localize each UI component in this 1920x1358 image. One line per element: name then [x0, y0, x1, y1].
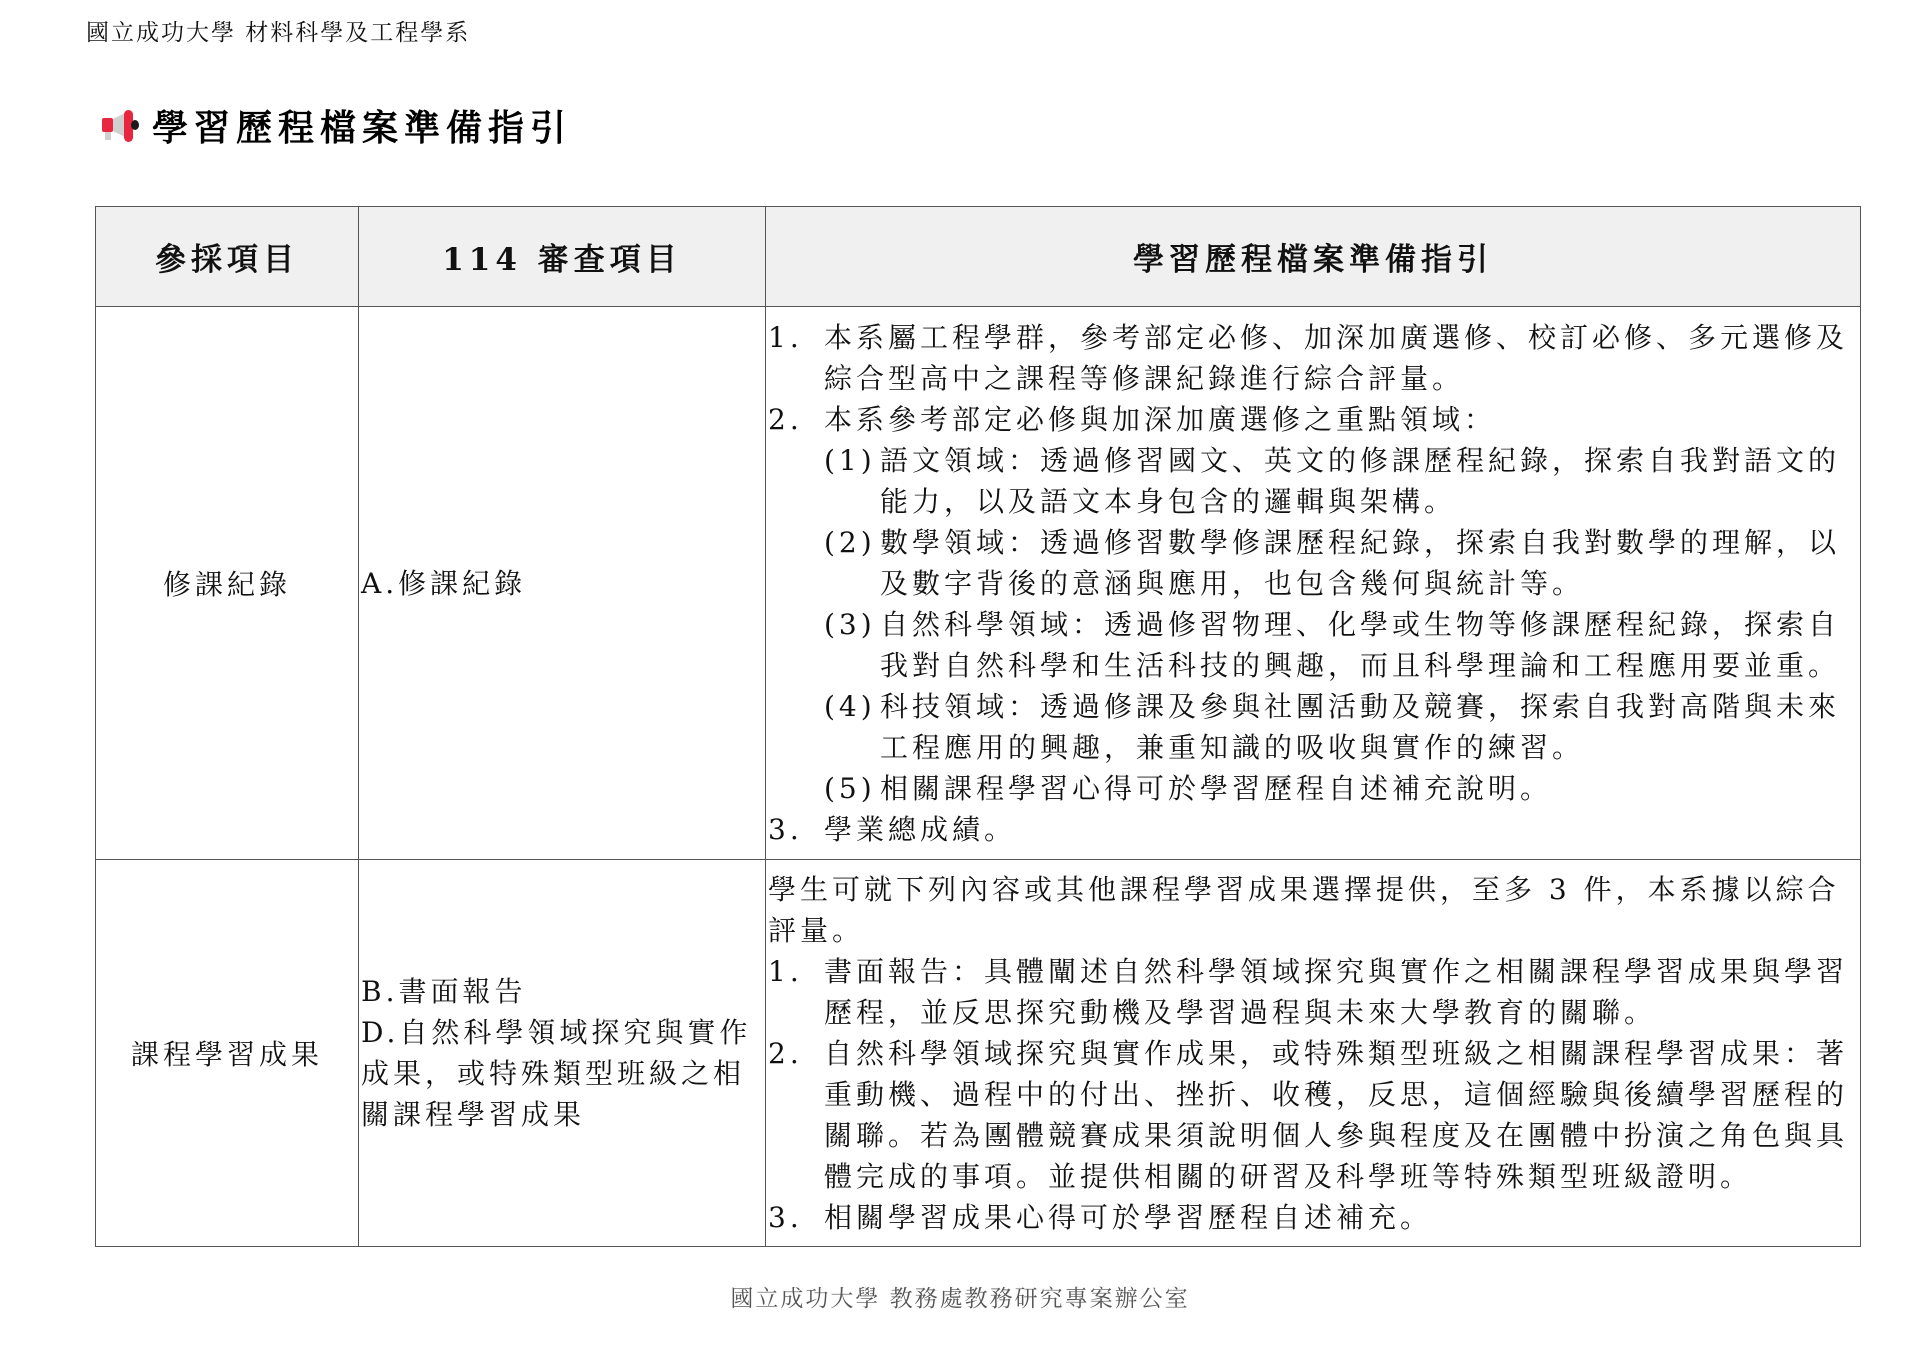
guide-item: 3. 相關學習成果心得可於學習歷程自述補充。	[768, 1197, 1858, 1238]
review-items-cell: B.書面報告 D.自然科學領域探究與實作成果，或特殊類型班級之相關課程學習成果	[359, 860, 766, 1247]
guide-cell: 1. 本系屬工程學群，參考部定必修、加深加廣選修、校訂必修、多元選修及綜合型高中…	[766, 307, 1861, 860]
item-number: 3.	[768, 809, 824, 850]
subitem-text: 相關課程學習心得可於學習歷程自述補充說明。	[880, 768, 1552, 809]
column-header-category: 參採項目	[96, 207, 359, 307]
item-number: 2.	[768, 399, 824, 440]
item-text: 書面報告：具體闡述自然科學領域探究與實作之相關課程學習成果與學習歷程，並反思探究…	[824, 951, 1858, 1033]
subitem-text: 數學領域：透過修習數學修課歷程紀錄，探索自我對數學的理解，以及數字背後的意涵與應…	[880, 522, 1858, 604]
column-header-review-items: 114 審查項目	[359, 207, 766, 307]
review-item: D.自然科學領域探究與實作成果，或特殊類型班級之相關課程學習成果	[361, 1012, 763, 1135]
item-text: 自然科學領域探究與實作成果，或特殊類型班級之相關課程學習成果：著重動機、過程中的…	[824, 1033, 1858, 1197]
subitem-number: (2)	[824, 522, 880, 604]
guide-intro: 學生可就下列內容或其他課程學習成果選擇提供，至多 3 件，本系據以綜合評量。	[768, 869, 1858, 951]
guide-subitem: (3) 自然科學領域：透過修習物理、化學或生物等修課歷程紀錄，探索自我對自然科學…	[768, 604, 1858, 686]
guide-subitem: (4) 科技領域：透過修課及參與社團活動及競賽，探索自我對高階與未來工程應用的興…	[768, 686, 1858, 768]
item-text: 本系參考部定必修與加深加廣選修之重點領域：	[824, 399, 1496, 440]
category-cell: 修課紀錄	[96, 307, 359, 860]
guide-table: 參採項目 114 審查項目 學習歷程檔案準備指引 修課紀錄 A.修課紀錄 1. …	[95, 206, 1861, 1247]
guide-item: 3. 學業總成績。	[768, 809, 1858, 850]
guide-item: 2. 自然科學領域探究與實作成果，或特殊類型班級之相關課程學習成果：著重動機、過…	[768, 1033, 1858, 1197]
subitem-text: 自然科學領域：透過修習物理、化學或生物等修課歷程紀錄，探索自我對自然科學和生活科…	[880, 604, 1858, 686]
guide-subitem: (2) 數學領域：透過修習數學修課歷程紀錄，探索自我對數學的理解，以及數字背後的…	[768, 522, 1858, 604]
page-title-block: 學習歷程檔案準備指引	[100, 100, 572, 151]
review-items-cell: A.修課紀錄	[359, 307, 766, 860]
subitem-number: (5)	[824, 768, 880, 809]
table-row: 修課紀錄 A.修課紀錄 1. 本系屬工程學群，參考部定必修、加深加廣選修、校訂必…	[96, 307, 1861, 860]
subitem-text: 語文領域：透過修習國文、英文的修課歷程紀錄，探索自我對語文的能力，以及語文本身包…	[880, 440, 1858, 522]
item-text: 相關學習成果心得可於學習歷程自述補充。	[824, 1197, 1432, 1238]
guide-subitem: (5) 相關課程學習心得可於學習歷程自述補充說明。	[768, 768, 1858, 809]
page-title: 學習歷程檔案準備指引	[152, 100, 572, 151]
institution-header: 國立成功大學 材料科學及工程學系	[86, 14, 470, 47]
item-text: 本系屬工程學群，參考部定必修、加深加廣選修、校訂必修、多元選修及綜合型高中之課程…	[824, 317, 1858, 399]
subitem-number: (1)	[824, 440, 880, 522]
page-footer: 國立成功大學 教務處教務研究專案辦公室	[0, 1280, 1920, 1313]
item-number: 1.	[768, 951, 824, 1033]
subitem-number: (3)	[824, 604, 880, 686]
megaphone-icon	[100, 106, 144, 146]
item-number: 2.	[768, 1033, 824, 1197]
table-row: 課程學習成果 B.書面報告 D.自然科學領域探究與實作成果，或特殊類型班級之相關…	[96, 860, 1861, 1247]
guide-item: 1. 書面報告：具體闡述自然科學領域探究與實作之相關課程學習成果與學習歷程，並反…	[768, 951, 1858, 1033]
subitem-number: (4)	[824, 686, 880, 768]
guide-item: 1. 本系屬工程學群，參考部定必修、加深加廣選修、校訂必修、多元選修及綜合型高中…	[768, 317, 1858, 399]
category-cell: 課程學習成果	[96, 860, 359, 1247]
guide-item: 2. 本系參考部定必修與加深加廣選修之重點領域：	[768, 399, 1858, 440]
review-item: A.修課紀錄	[361, 563, 763, 604]
item-number: 1.	[768, 317, 824, 399]
guide-cell: 學生可就下列內容或其他課程學習成果選擇提供，至多 3 件，本系據以綜合評量。 1…	[766, 860, 1861, 1247]
item-number: 3.	[768, 1197, 824, 1238]
guide-subitem: (1) 語文領域：透過修習國文、英文的修課歷程紀錄，探索自我對語文的能力，以及語…	[768, 440, 1858, 522]
table-header-row: 參採項目 114 審查項目 學習歷程檔案準備指引	[96, 207, 1861, 307]
review-item: B.書面報告	[361, 971, 763, 1012]
item-text: 學業總成績。	[824, 809, 1016, 850]
subitem-text: 科技領域：透過修課及參與社團活動及競賽，探索自我對高階與未來工程應用的興趣，兼重…	[880, 686, 1858, 768]
column-header-guide: 學習歷程檔案準備指引	[766, 207, 1861, 307]
